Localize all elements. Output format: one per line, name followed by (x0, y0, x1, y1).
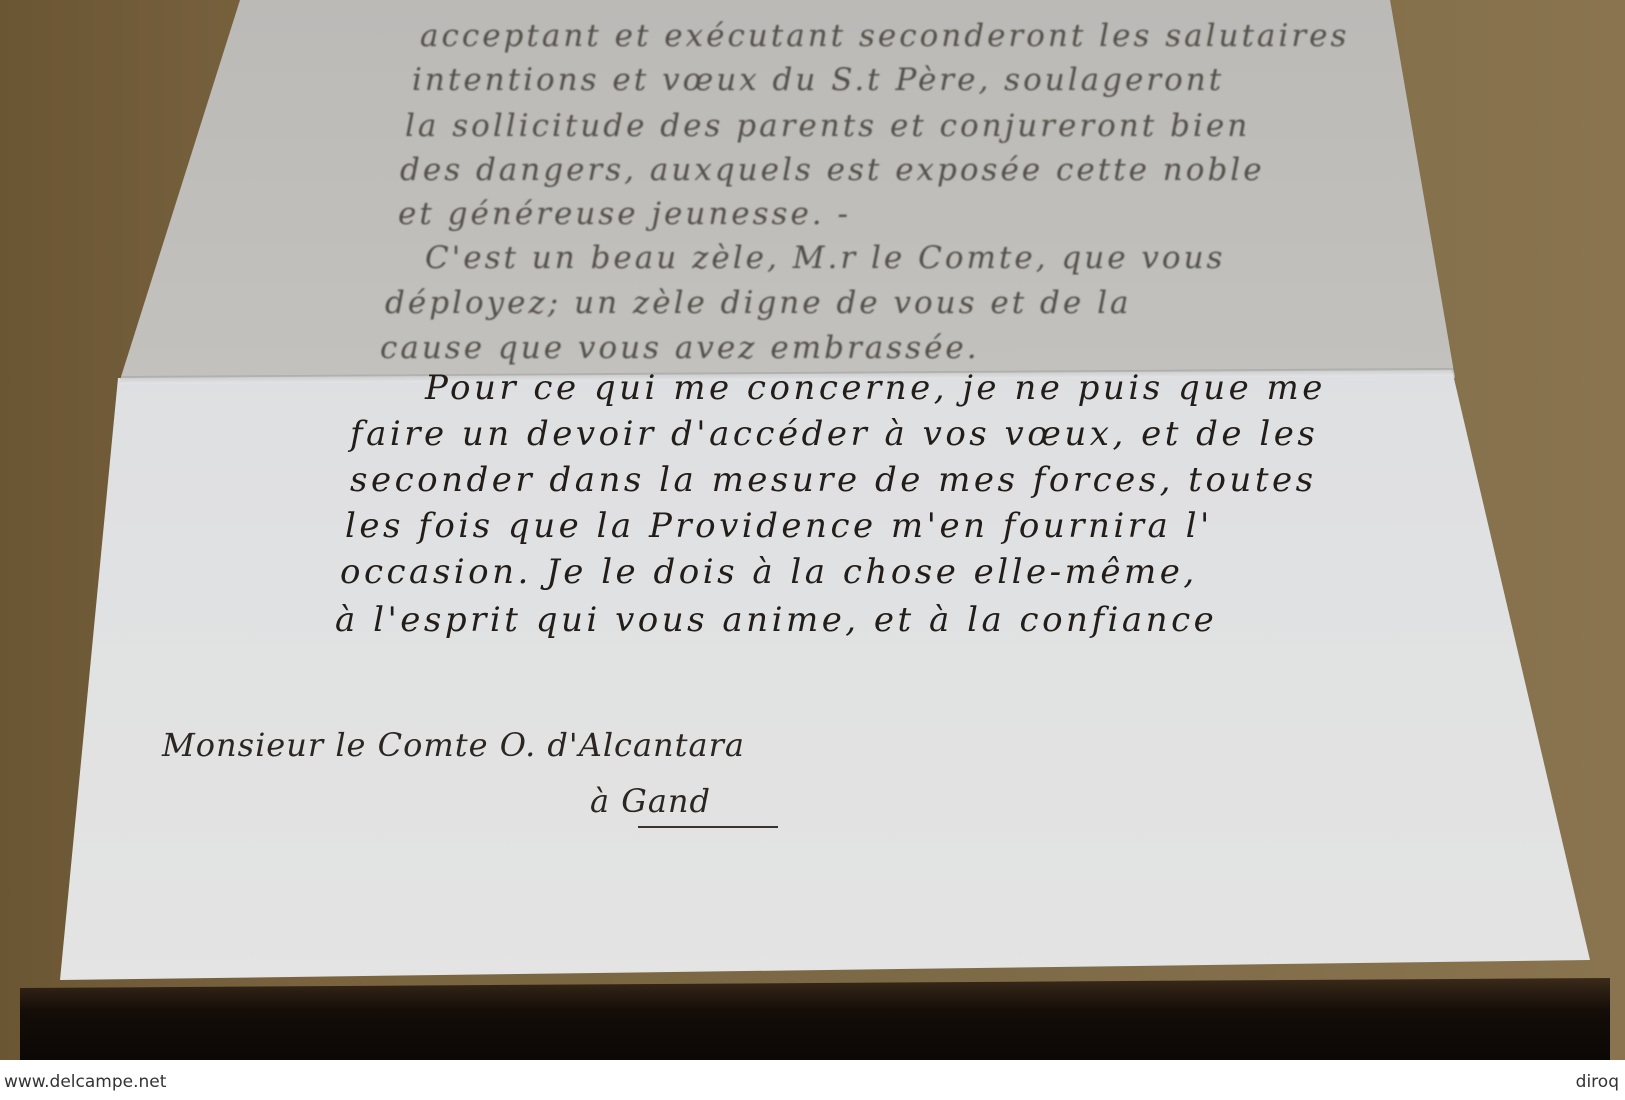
text-line: des dangers, auxquels est exposée cette … (400, 152, 1265, 188)
text-line: la sollicitude des parents et conjureron… (405, 108, 1250, 144)
text-line: à l'esprit qui vous anime, et à la confi… (335, 600, 1217, 640)
recipient-name: Monsieur le Comte O. d'Alcantara (162, 726, 745, 764)
text-line: intentions et vœux du S.t Père, soulager… (412, 62, 1224, 98)
letter-shadow (20, 978, 1610, 1060)
text-line: Pour ce qui me concerne, je ne puis que … (425, 368, 1326, 408)
text-line: seconder dans la mesure de mes forces, t… (350, 460, 1317, 500)
watermark-site: www.delcampe.net (4, 1072, 166, 1092)
text-line: déployez; un zèle digne de vous et de la (385, 285, 1132, 321)
text-line: cause que vous avez embrassée. (380, 330, 980, 366)
text-line: et généreuse jeunesse. - (398, 196, 851, 232)
text-line: occasion. Je le dois à la chose elle-mêm… (340, 552, 1198, 592)
text-line: C'est un beau zèle, M.r le Comte, que vo… (425, 240, 1225, 276)
recipient-city: à Gand (590, 782, 711, 820)
watermark-user: diroq (1576, 1072, 1619, 1092)
watermark-bar (0, 1060, 1625, 1100)
text-line: faire un devoir d'accéder à vos vœux, et… (350, 414, 1318, 454)
text-line: les fois que la Providence m'en fournira… (345, 506, 1213, 546)
text-line: acceptant et exécutant seconderont les s… (420, 18, 1349, 54)
city-underline (638, 826, 778, 828)
